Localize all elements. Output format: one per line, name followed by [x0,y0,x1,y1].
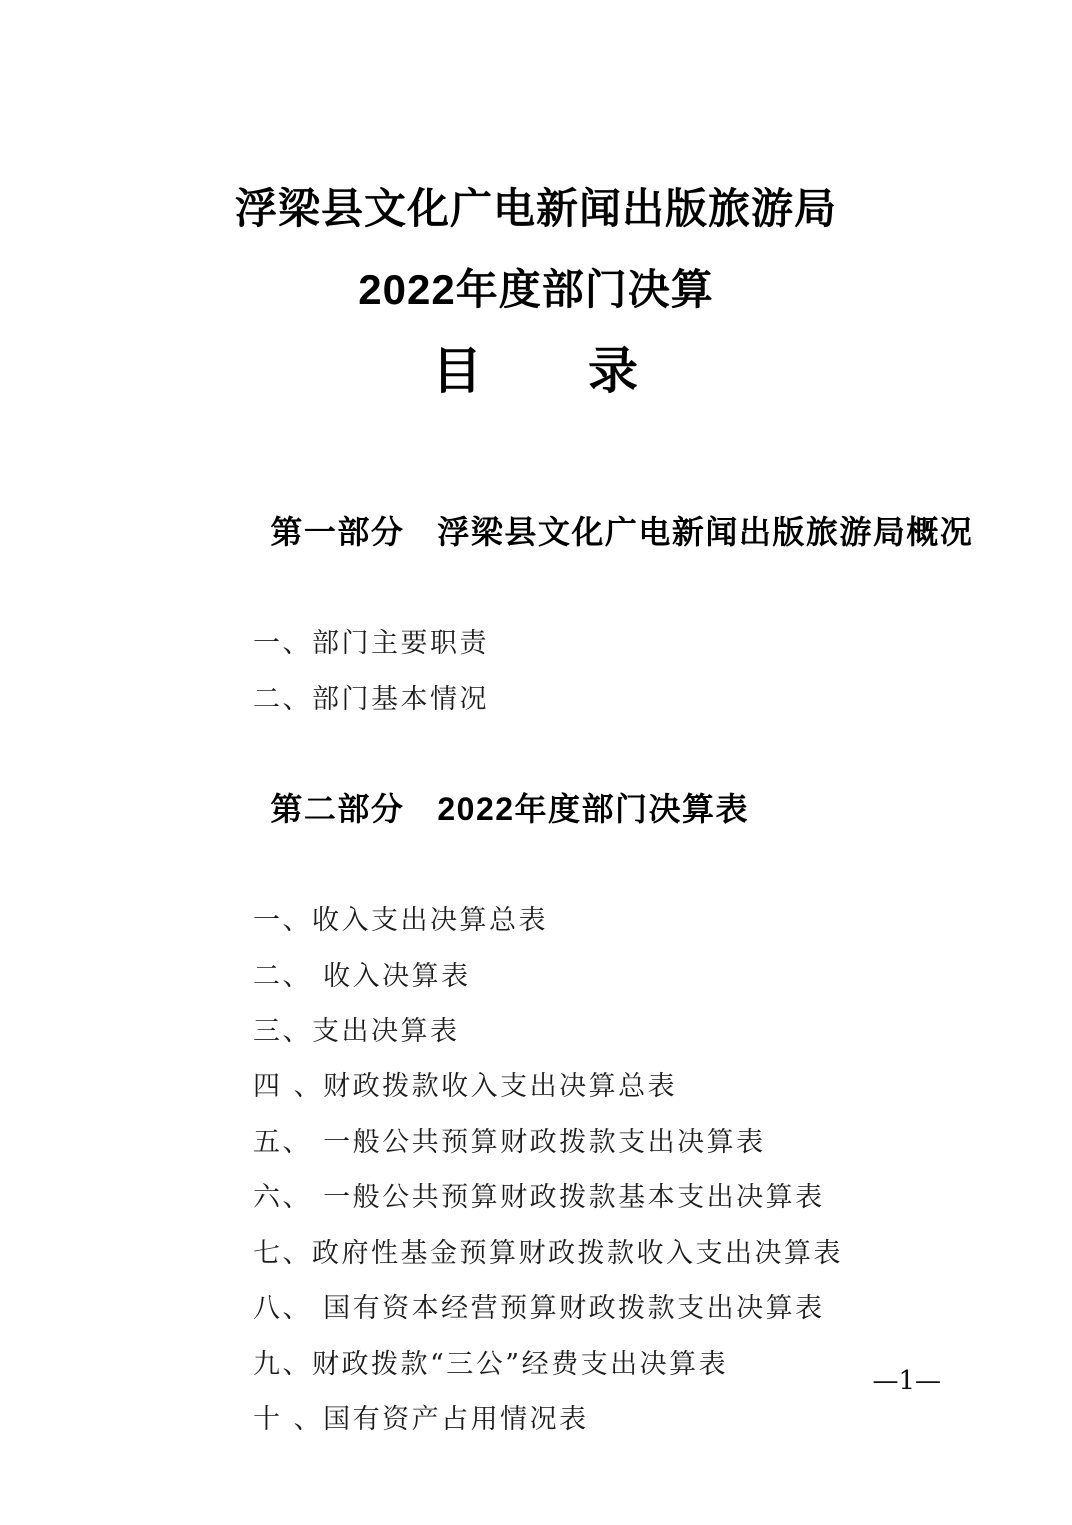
toc-item-p2-9: 九、财政拨款“三公”经费支出决算表 [253,1337,1072,1392]
toc-part-1-number: 第一部分 [270,514,404,550]
toc-part-2-title: 2022年度部门决算表 [437,791,749,827]
table-of-contents: 第一部分浮梁县文化广电新闻出版旅游局概况 一、部门主要职责 二、部门基本情况 第… [0,450,1072,1447]
toc-item-p1-1: 一、部门主要职责 [253,616,1072,671]
document-page: 浮梁县文化广电新闻出版旅游局 2022年度部门决算 目 录 第一部分浮梁县文化广… [0,0,1072,1525]
toc-item-p2-7: 七、政府性基金预算财政拨款收入支出决算表 [253,1226,1072,1281]
toc-item-p1-2: 二、部门基本情况 [253,672,1072,727]
toc-item-p2-2: 二、 收入决算表 [253,949,1072,1004]
toc-part-1-header: 第一部分浮梁县文化广电新闻出版旅游局概况 [208,450,1072,616]
toc-item-p2-4: 四 、财政拨款收入支出决算总表 [253,1059,1072,1114]
toc-part-2-header: 第二部分2022年度部门决算表 [208,727,1072,893]
document-title-line1: 浮梁县文化广电新闻出版旅游局 [0,187,1072,231]
toc-item-p2-10: 十 、国有资产占用情况表 [253,1392,1072,1447]
toc-part-1-title: 浮梁县文化广电新闻出版旅游局概况 [437,514,973,550]
page-number: —1— [872,1366,941,1396]
toc-item-p2-5: 五、 一般公共预算财政拨款支出决算表 [253,1115,1072,1170]
toc-heading: 目 录 [0,331,1072,403]
toc-part-2-number: 第二部分 [270,791,404,827]
toc-item-p2-8: 八、 国有资本经营预算财政拨款支出决算表 [253,1281,1072,1336]
document-title-line2: 2022年度部门决算 [0,268,1072,312]
toc-item-p2-6: 六、 一般公共预算财政拨款基本支出决算表 [253,1170,1072,1225]
toc-item-p2-3: 三、支出决算表 [253,1004,1072,1059]
toc-item-p2-1: 一、收入支出决算总表 [253,893,1072,948]
